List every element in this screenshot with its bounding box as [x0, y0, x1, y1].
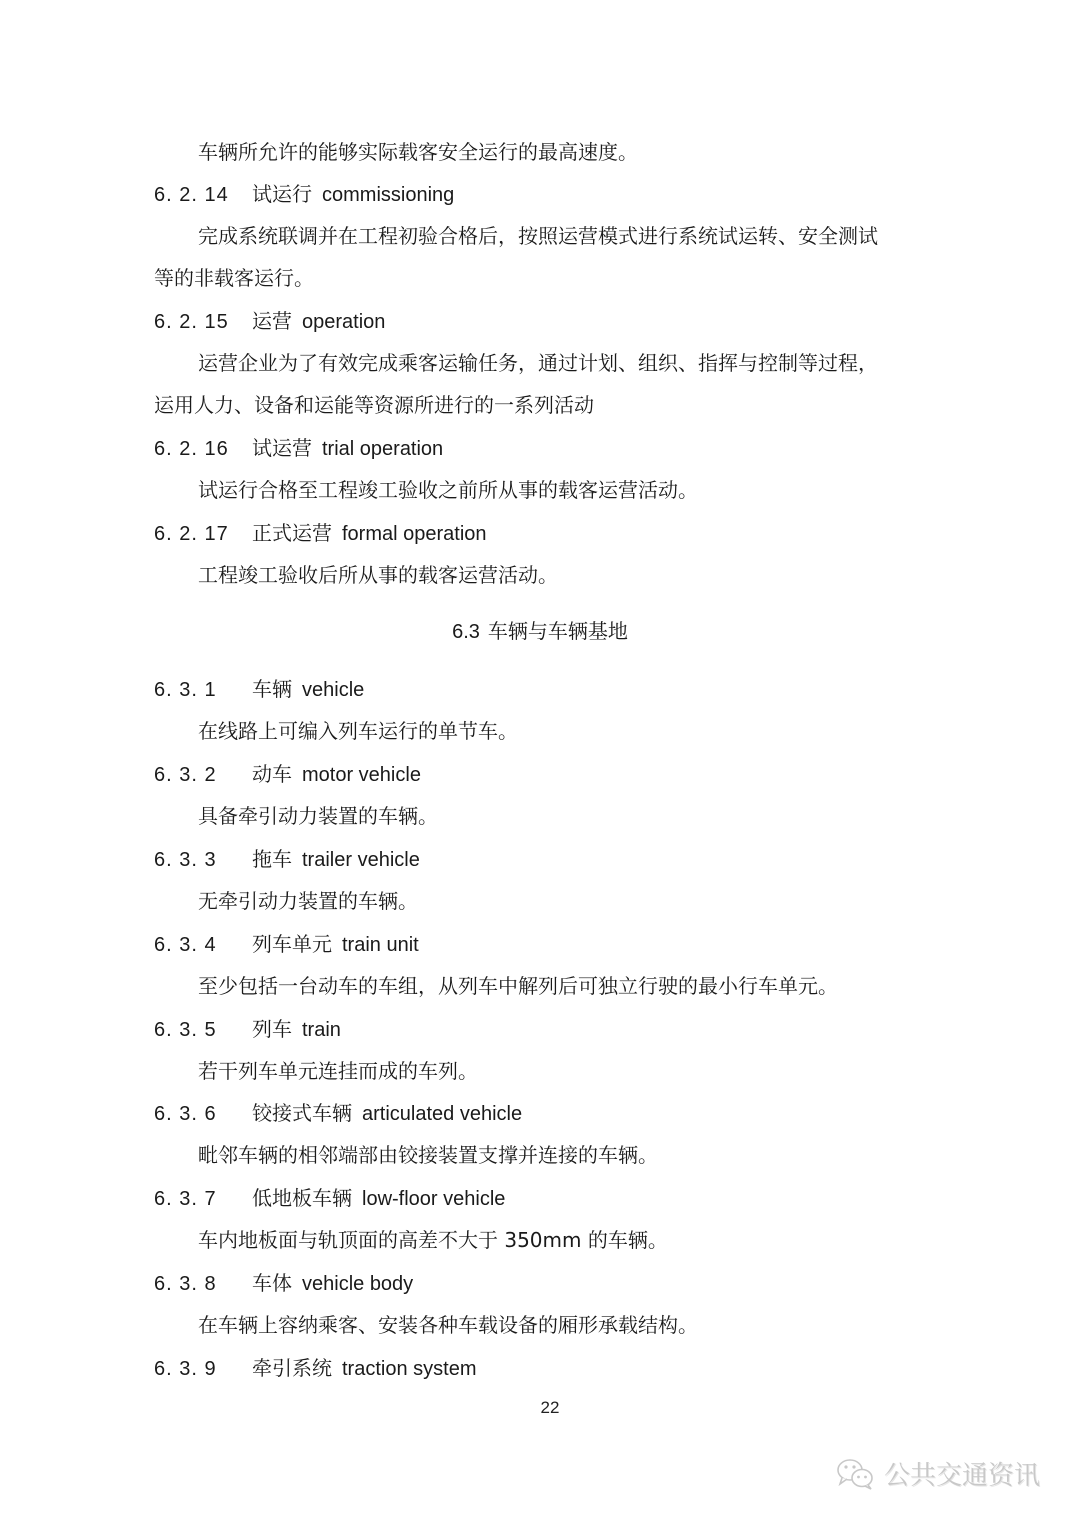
watermark: 公共交通资讯 — [836, 1455, 1040, 1492]
term-chinese: 试运营 — [252, 436, 312, 460]
term-chinese: 拖车 — [252, 847, 292, 871]
term-english: formal operation — [342, 523, 487, 545]
term-english: articulated vehicle — [362, 1103, 522, 1125]
term-number: 6. 3. 8 — [154, 1271, 252, 1297]
term-definition: 在线路上可编入列车运行的单节车。 — [198, 718, 518, 744]
term-heading: 6. 3. 1车辆vehicle — [154, 676, 364, 703]
term-definition: 若干列车单元连挂而成的车列。 — [198, 1058, 478, 1084]
term-chinese: 车体 — [252, 1271, 292, 1295]
term-definition: 至少包括一台动车的车组，从列车中解列后可独立行驶的最小行车单元。 — [198, 973, 838, 999]
term-heading: 6. 3. 7低地板车辆low-floor vehicle — [154, 1185, 505, 1212]
term-definition: 毗邻车辆的相邻端部由铰接装置支撑并连接的车辆。 — [198, 1142, 658, 1168]
term-heading: 6. 2. 14试运行commissioning — [154, 181, 454, 208]
page-number: 22 — [0, 1398, 1080, 1418]
term-heading: 6. 2. 16试运营trial operation — [154, 435, 443, 462]
term-chinese: 低地板车辆 — [252, 1186, 352, 1210]
term-english: train unit — [342, 934, 419, 956]
term-english: motor vehicle — [302, 764, 421, 786]
term-english: train — [302, 1019, 341, 1041]
term-number: 6. 3. 2 — [154, 762, 252, 788]
term-heading: 6. 3. 4列车单元train unit — [154, 931, 419, 958]
section-number: 6.3 — [452, 621, 480, 643]
term-english: commissioning — [322, 184, 454, 206]
term-heading: 6. 3. 2动车motor vehicle — [154, 761, 421, 788]
term-english: low-floor vehicle — [362, 1188, 505, 1210]
section-heading: 6.3车辆与车辆基地 — [0, 618, 1080, 645]
term-chinese: 列车单元 — [252, 932, 332, 956]
term-heading: 6. 3. 8车体vehicle body — [154, 1270, 413, 1297]
term-english: operation — [302, 311, 385, 333]
wechat-icon — [836, 1457, 876, 1491]
term-english: vehicle body — [302, 1273, 413, 1295]
term-definition: 试运行合格至工程竣工验收之前所从事的载客运营活动。 — [198, 477, 698, 503]
term-number: 6. 3. 6 — [154, 1101, 252, 1127]
term-chinese: 试运行 — [252, 182, 312, 206]
term-definition: 工程竣工验收后所从事的载客运营活动。 — [198, 562, 558, 588]
term-definition: 无牵引动力装置的车辆。 — [198, 888, 418, 914]
term-english: trailer vehicle — [302, 849, 420, 871]
term-definition: 运营企业为了有效完成乘客运输任务，通过计划、组织、指挥与控制等过程， — [198, 350, 878, 376]
term-definition: 等的非载客运行。 — [154, 265, 314, 291]
term-heading: 6. 3. 5列车train — [154, 1016, 341, 1043]
term-number: 6. 2. 16 — [154, 436, 252, 462]
watermark-text: 公共交通资讯 — [884, 1455, 1040, 1492]
term-heading: 6. 2. 15运营operation — [154, 308, 385, 335]
term-chinese: 动车 — [252, 762, 292, 786]
term-chinese: 车辆 — [252, 677, 292, 701]
term-definition: 车内地板面与轨顶面的高差不大于 350mm 的车辆。 — [198, 1227, 668, 1253]
term-definition: 完成系统联调并在工程初验合格后，按照运营模式进行系统试运转、安全测试 — [198, 223, 878, 249]
term-chinese: 正式运营 — [252, 521, 332, 545]
term-chinese: 列车 — [252, 1017, 292, 1041]
term-number: 6. 2. 17 — [154, 521, 252, 547]
term-definition: 运用人力、设备和运能等资源所进行的一系列活动 — [154, 392, 594, 418]
term-english: traction system — [342, 1358, 476, 1380]
term-number: 6. 3. 5 — [154, 1017, 252, 1043]
term-heading: 6. 3. 9牵引系统traction system — [154, 1355, 476, 1382]
section-title: 车辆与车辆基地 — [488, 619, 628, 643]
term-number: 6. 3. 1 — [154, 677, 252, 703]
term-english: trial operation — [322, 438, 443, 460]
term-heading: 6. 3. 6铰接式车辆articulated vehicle — [154, 1100, 522, 1127]
term-number: 6. 2. 14 — [154, 182, 252, 208]
term-english: vehicle — [302, 679, 364, 701]
term-number: 6. 3. 3 — [154, 847, 252, 873]
term-number: 6. 3. 7 — [154, 1186, 252, 1212]
term-chinese: 运营 — [252, 309, 292, 333]
term-heading: 6. 2. 17正式运营formal operation — [154, 520, 487, 547]
term-chinese: 牵引系统 — [252, 1356, 332, 1380]
term-chinese: 铰接式车辆 — [252, 1101, 352, 1125]
term-number: 6. 2. 15 — [154, 309, 252, 335]
term-number: 6. 3. 4 — [154, 932, 252, 958]
term-number: 6. 3. 9 — [154, 1356, 252, 1382]
term-definition: 车辆所允许的能够实际载客安全运行的最高速度。 — [198, 139, 638, 165]
term-definition: 在车辆上容纳乘客、安装各种车载设备的厢形承载结构。 — [198, 1312, 698, 1338]
term-definition: 具备牵引动力装置的车辆。 — [198, 803, 438, 829]
term-heading: 6. 3. 3拖车trailer vehicle — [154, 846, 420, 873]
